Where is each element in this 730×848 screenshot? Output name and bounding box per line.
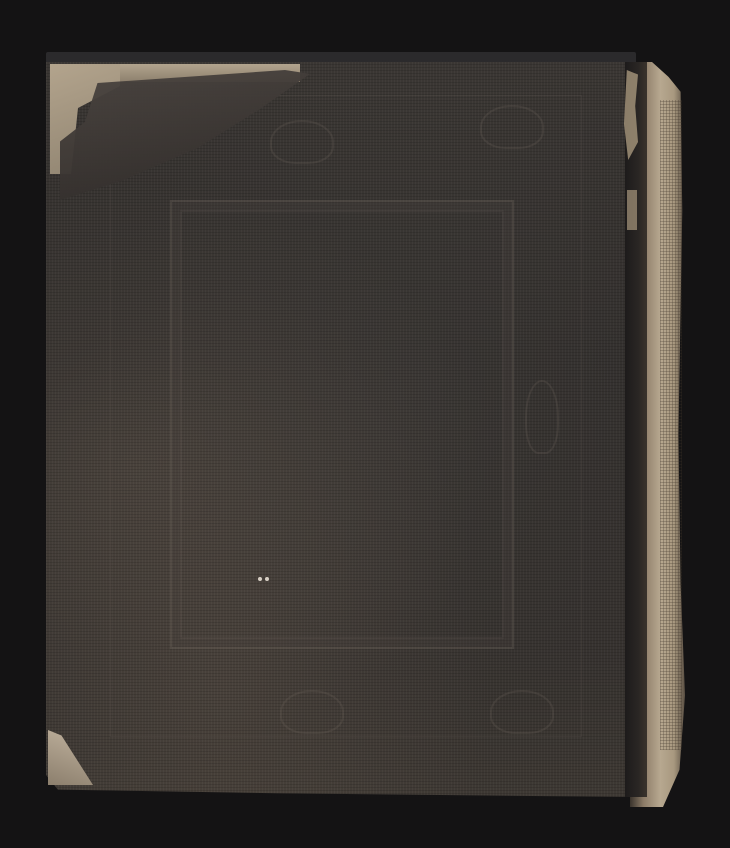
ornament-right: [525, 380, 559, 454]
speck: [265, 577, 269, 581]
ornament-bottom-left: [280, 690, 344, 734]
spine-wear: [627, 190, 637, 230]
ornament-top-right: [480, 105, 544, 149]
speck: [258, 577, 262, 581]
photo-stage: [0, 0, 730, 848]
spine-mesh: [660, 100, 682, 750]
ornament-top-left: [270, 120, 334, 164]
spine-strip: [625, 62, 647, 797]
ornament-bottom-right: [490, 690, 554, 734]
embossed-frame: [170, 200, 514, 649]
